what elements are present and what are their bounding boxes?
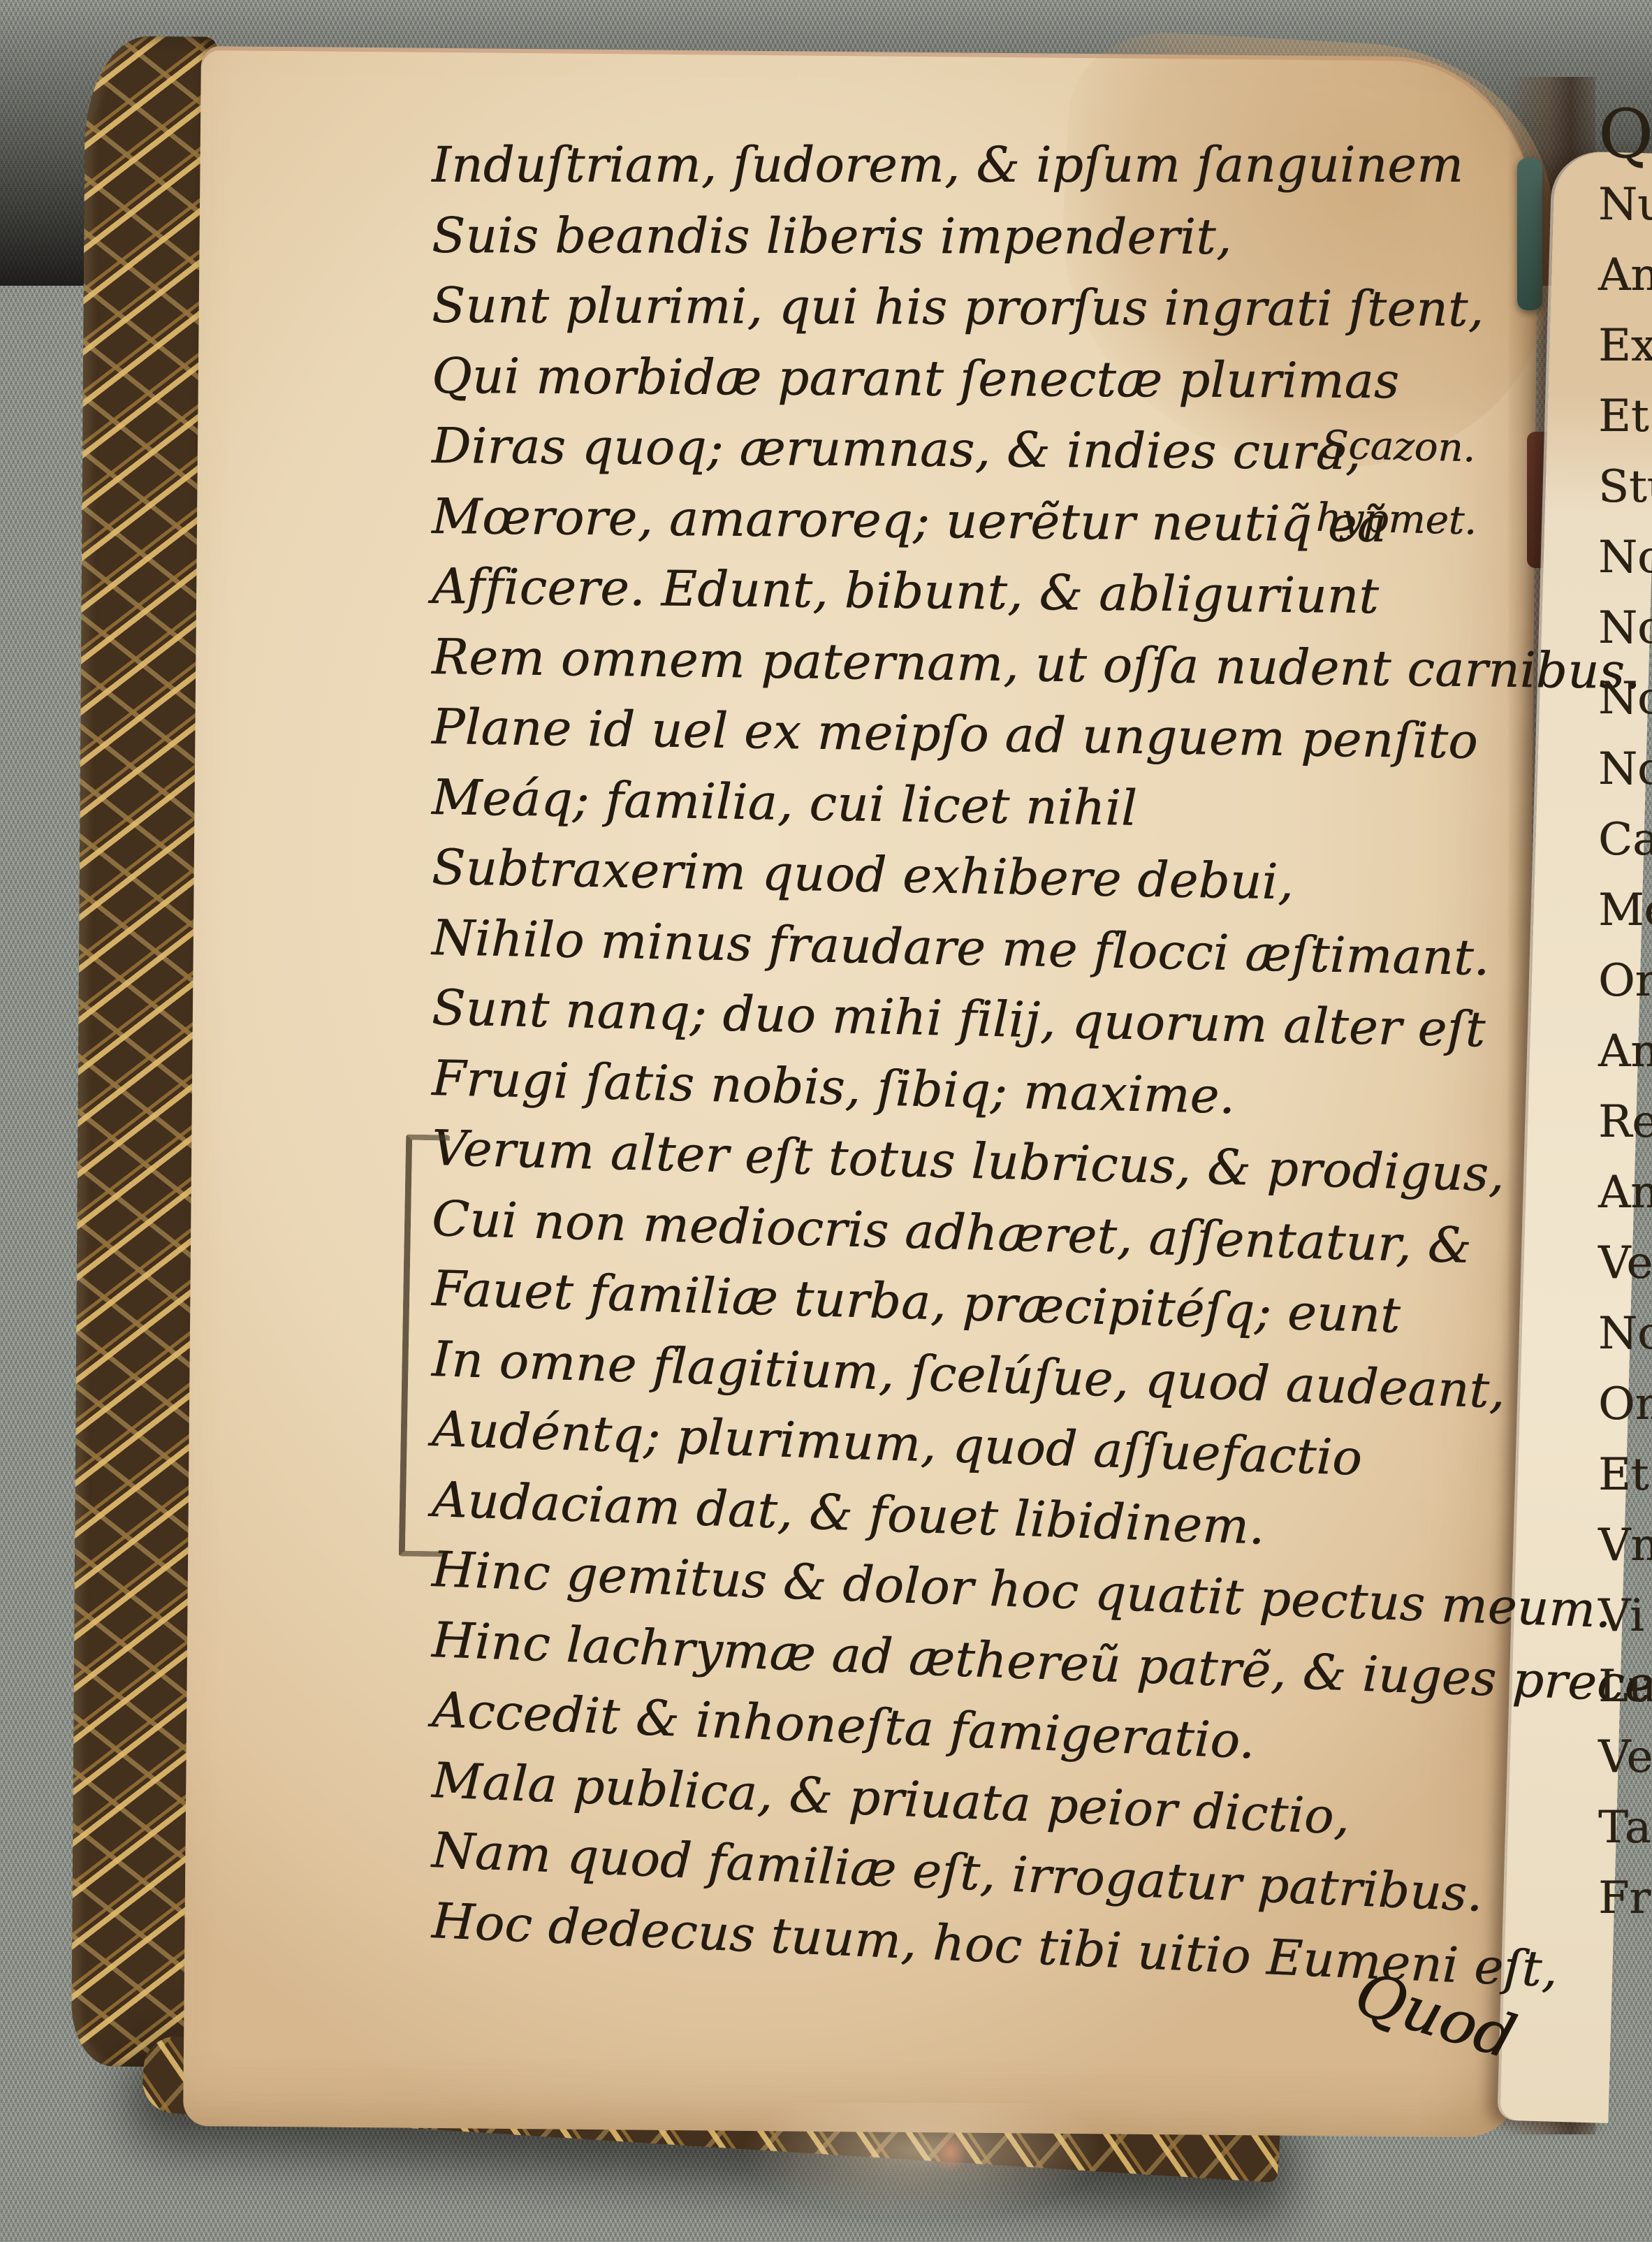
right-page-line-fragment: No (1598, 523, 1652, 593)
right-page-line-fragment: No (1598, 1299, 1652, 1369)
verse-text-block: Induſtriam, ſudorem, & ipſum ſanguinem S… (432, 130, 1535, 1956)
right-page-line-fragment: No (1598, 593, 1652, 664)
page-curl-highlight (740, 2103, 1104, 2222)
right-page-line-fragment: Cal (1598, 805, 1652, 875)
right-page-line-fragment: Lu (1598, 1652, 1652, 1722)
verse-line: Sunt plurimi, qui his prorſus ingrati ſt… (432, 270, 1535, 344)
verse-line: Induſtriam, ſudorem, & ipſum ſanguinem (432, 130, 1535, 201)
bracket-annotation (399, 1134, 451, 1557)
right-page-line-fragment: Me (1598, 875, 1652, 946)
right-page-line-fragment: Ve (1598, 1722, 1652, 1793)
right-page-line-fragment: Vn (1598, 1511, 1652, 1581)
right-page-line-fragment: An (1598, 240, 1652, 311)
right-page-line-fragment: Vi (1598, 1581, 1652, 1652)
right-page-line-fragment: Re (1598, 1087, 1652, 1158)
right-page-line-fragment: Ve (1598, 1228, 1652, 1299)
right-page-line-fragment: No (1598, 734, 1652, 805)
right-page-line-fragment: Et (1598, 1440, 1652, 1511)
marginal-note: Scazon. (1321, 426, 1475, 469)
marginal-note: hypmet. (1315, 499, 1477, 541)
verse-line: Suis beandis liberis impenderit, (432, 201, 1535, 272)
book-photo: Induſtriam, ſudorem, & ipſum ſanguinem S… (0, 0, 1652, 2242)
right-page-line-fragment: Nu (1598, 170, 1652, 240)
verse-line: Afficere. Edunt, bibunt, & abliguriunt (432, 551, 1536, 633)
right-page-line-fragment: An (1598, 1017, 1652, 1087)
right-page-line-fragment: Qu (1598, 99, 1652, 170)
verse-line: Rem omnem paternam, ut oſſa nudent carni… (432, 622, 1536, 706)
right-page-line-fragment: Or (1598, 946, 1652, 1017)
right-page-line-fragment: No (1598, 664, 1652, 734)
right-page-text-fragments: Qu Nu An Ex Et Stu No No No No Cal Me Or… (1598, 99, 1652, 1934)
right-page-line-fragment: Ex (1598, 311, 1652, 381)
right-page-line-fragment: An (1598, 1158, 1652, 1228)
right-page-line-fragment: Stu (1598, 452, 1652, 523)
right-page-line-fragment: Ta (1598, 1793, 1652, 1863)
verse-line: Qui morbidæ parant ſenectæ plurimas (432, 341, 1536, 417)
right-page-line-fragment: Et (1598, 381, 1652, 452)
right-page-line-fragment: Om (1598, 1369, 1652, 1440)
right-page-line-fragment: Fr (1598, 1863, 1652, 1934)
